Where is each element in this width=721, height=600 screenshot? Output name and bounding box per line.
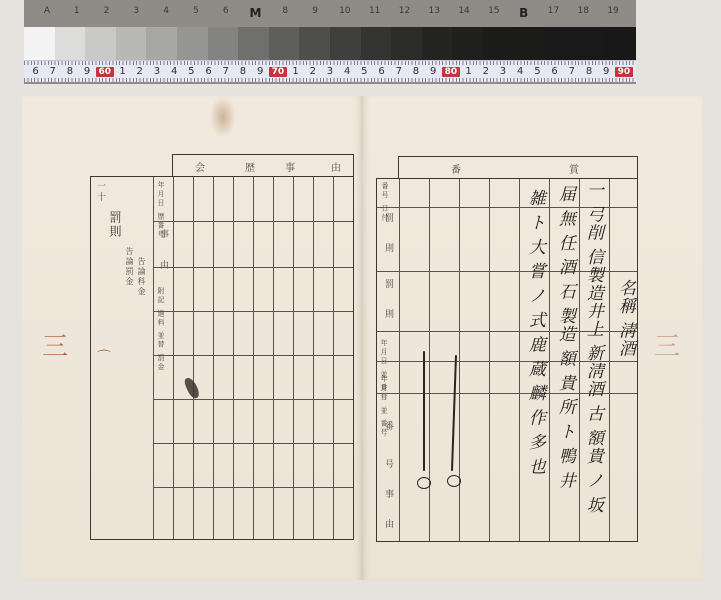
scale-letter: 18 bbox=[568, 6, 598, 24]
gray-patch bbox=[514, 27, 545, 60]
scale-letter: A bbox=[32, 6, 62, 24]
ruler-tick-label: 8 bbox=[407, 66, 424, 77]
scale-letter: 6 bbox=[211, 6, 241, 24]
ruler-tick-label: 6 bbox=[546, 66, 563, 77]
ruler-tick-label: 90 bbox=[615, 67, 633, 77]
scale-letter: 14 bbox=[449, 6, 479, 24]
ruler-tick-label: 7 bbox=[217, 66, 234, 77]
ditto-stroke bbox=[423, 351, 425, 471]
scale-letter: 15 bbox=[479, 6, 509, 24]
ruler-tick-label: 3 bbox=[494, 66, 511, 77]
scale-letter: 9 bbox=[300, 6, 330, 24]
handwritten-column: 名稱 淸酒 bbox=[615, 279, 633, 357]
row-label: 事 bbox=[383, 489, 392, 500]
ruler-tick-label: 4 bbox=[339, 66, 356, 77]
row-label: 号 bbox=[383, 459, 392, 470]
row-label: 則 bbox=[383, 309, 392, 320]
ruler-tick-label: 8 bbox=[61, 66, 78, 77]
margin-title: 罰則 bbox=[109, 211, 121, 239]
scale-letter: 8 bbox=[270, 6, 300, 24]
ruler-tick-label: 2 bbox=[131, 66, 148, 77]
left-ledger-form: 一十 罰則 告論罰金 告論科金 ⌒ 年月日 歴番号 事由 附記 過料 並替 罰金 bbox=[90, 176, 354, 540]
ruler-tick-label: 8 bbox=[581, 66, 598, 77]
row-label: 番 bbox=[383, 421, 392, 432]
ruler-tick-label: 8 bbox=[234, 66, 251, 77]
ruler-tick-label: 2 bbox=[304, 66, 321, 77]
scale-letter: 19 bbox=[598, 6, 628, 24]
scale-letter-m: M bbox=[241, 6, 271, 24]
left-header-char: 事 bbox=[285, 159, 313, 174]
right-page: 三 番 賞 番号 日付 罰 則 罰 則 年月日 並 番号 年月日 並 番号 番 … bbox=[362, 96, 702, 580]
scale-letter: 2 bbox=[92, 6, 122, 24]
ruler-tick-label: 4 bbox=[166, 66, 183, 77]
scale-letter: 3 bbox=[121, 6, 151, 24]
scale-letter: 12 bbox=[390, 6, 420, 24]
ruler-tick-label: 7 bbox=[390, 66, 407, 77]
scale-letter-row: A 1 2 3 4 5 6 M 8 9 10 11 12 13 14 15 B … bbox=[24, 6, 636, 24]
right-form-header: 番 賞 bbox=[398, 156, 638, 178]
margin-note: 告論罰金 bbox=[125, 247, 133, 287]
ruler-tick-label: 80 bbox=[442, 67, 460, 77]
left-form-header: 会 歴 事 由 bbox=[172, 154, 354, 176]
handwritten-column: 雑 ト 大 嘗 ノ 式 鹿 蔵 麟 作 多 也 bbox=[525, 189, 543, 509]
ruler-tick-label: 7 bbox=[563, 66, 580, 77]
scale-letter: 13 bbox=[419, 6, 449, 24]
ruler-tick-label: 9 bbox=[598, 66, 615, 77]
row-label: 則 bbox=[383, 243, 392, 254]
left-header-char: 歴 bbox=[245, 159, 273, 174]
gray-patch bbox=[605, 27, 636, 60]
ruler-tick-label: 9 bbox=[79, 66, 96, 77]
ruler-tick-label: 5 bbox=[183, 66, 200, 77]
ruler-tick-label: 7 bbox=[44, 66, 61, 77]
handwritten-column: 一 弓削 信製造井上 新淸酒 古 額貴 ノ 坂 bbox=[583, 181, 601, 541]
ruler-tick-label: 5 bbox=[356, 66, 373, 77]
gray-patch bbox=[361, 27, 392, 60]
right-header-char: 賞 bbox=[569, 161, 597, 176]
gray-patch bbox=[116, 27, 147, 60]
rust-mark-right: 三 bbox=[654, 334, 680, 360]
gray-patch bbox=[146, 27, 177, 60]
scale-letter: 4 bbox=[151, 6, 181, 24]
rust-mark-left: 三 bbox=[42, 334, 68, 360]
gray-patch bbox=[208, 27, 239, 60]
ruler-tick-label: 60 bbox=[96, 67, 114, 77]
gray-patch bbox=[299, 27, 330, 60]
gray-patch bbox=[544, 27, 575, 60]
gray-patch bbox=[422, 27, 453, 60]
row-label: 附記 過料 並替 罰金 bbox=[157, 287, 164, 372]
gray-patch bbox=[238, 27, 269, 60]
ruler-tick-label: 6 bbox=[27, 66, 44, 77]
row-label: 由 bbox=[383, 519, 392, 530]
scale-letter: 1 bbox=[62, 6, 92, 24]
scale-letter: 5 bbox=[181, 6, 211, 24]
scale-letter-b: B bbox=[509, 6, 539, 24]
row-label: 事由 bbox=[158, 229, 167, 291]
color-scale-card: A 1 2 3 4 5 6 M 8 9 10 11 12 13 14 15 B … bbox=[24, 0, 636, 84]
right-ledger-form: 番号 日付 罰 則 罰 則 年月日 並 番号 年月日 並 番号 番 号 事 由 bbox=[376, 178, 638, 542]
gray-patch bbox=[177, 27, 208, 60]
right-header-char: 番 bbox=[451, 161, 479, 176]
gray-patch bbox=[24, 27, 55, 60]
ruler-tick-label: 9 bbox=[425, 66, 442, 77]
scale-letter: 17 bbox=[539, 6, 569, 24]
row-label: 罰 bbox=[383, 213, 392, 224]
ink-blot bbox=[183, 376, 201, 400]
gray-patch bbox=[55, 27, 86, 60]
loop-mark bbox=[447, 475, 461, 487]
gray-scale-patches bbox=[24, 27, 636, 60]
stain-mark bbox=[210, 96, 236, 138]
ruler-tick-label: 5 bbox=[529, 66, 546, 77]
ditto-stroke bbox=[451, 355, 457, 471]
scale-letter: 11 bbox=[360, 6, 390, 24]
rust-bracket-mark: ⌒ bbox=[97, 347, 111, 367]
ruler-tick-label: 6 bbox=[200, 66, 217, 77]
ruler-tick-label: 1 bbox=[114, 66, 131, 77]
ruler-tick-label: 2 bbox=[477, 66, 494, 77]
ruler-tick-label: 3 bbox=[148, 66, 165, 77]
gray-patch bbox=[452, 27, 483, 60]
centimeter-ruler: 678960123456789701234567898012345678990 bbox=[24, 60, 636, 82]
ruler-tick-label: 70 bbox=[269, 67, 287, 77]
ruler-tick-label: 9 bbox=[252, 66, 269, 77]
handwritten-column: 届 無 任 酒 石 製造 額 貴 所 ト 鴨 井 bbox=[555, 185, 573, 545]
gray-patch bbox=[391, 27, 422, 60]
scale-letter: 10 bbox=[330, 6, 360, 24]
loop-mark bbox=[417, 477, 431, 489]
left-header-char: 会 bbox=[195, 159, 245, 174]
gray-patch bbox=[269, 27, 300, 60]
gray-patch bbox=[575, 27, 606, 60]
ruler-tick-label: 6 bbox=[373, 66, 390, 77]
ruler-tick-label: 4 bbox=[512, 66, 529, 77]
gray-patch bbox=[85, 27, 116, 60]
ruler-tick-label: 1 bbox=[287, 66, 304, 77]
row-label: 罰 bbox=[383, 279, 392, 290]
ruler-tick-label: 3 bbox=[321, 66, 338, 77]
document-spread: 三 会 歴 事 由 一十 罰則 告論罰金 告論科金 ⌒ 年月日 歴番号 事由 附… bbox=[22, 96, 702, 580]
gray-patch bbox=[483, 27, 514, 60]
gray-patch bbox=[330, 27, 361, 60]
margin-note: 告論科金 bbox=[137, 257, 145, 297]
margin-number: 一十 bbox=[95, 181, 104, 203]
left-header-char: 由 bbox=[331, 159, 359, 174]
left-page: 三 会 歴 事 由 一十 罰則 告論罰金 告論科金 ⌒ 年月日 歴番号 事由 附… bbox=[22, 96, 362, 580]
ruler-tick-label: 1 bbox=[460, 66, 477, 77]
